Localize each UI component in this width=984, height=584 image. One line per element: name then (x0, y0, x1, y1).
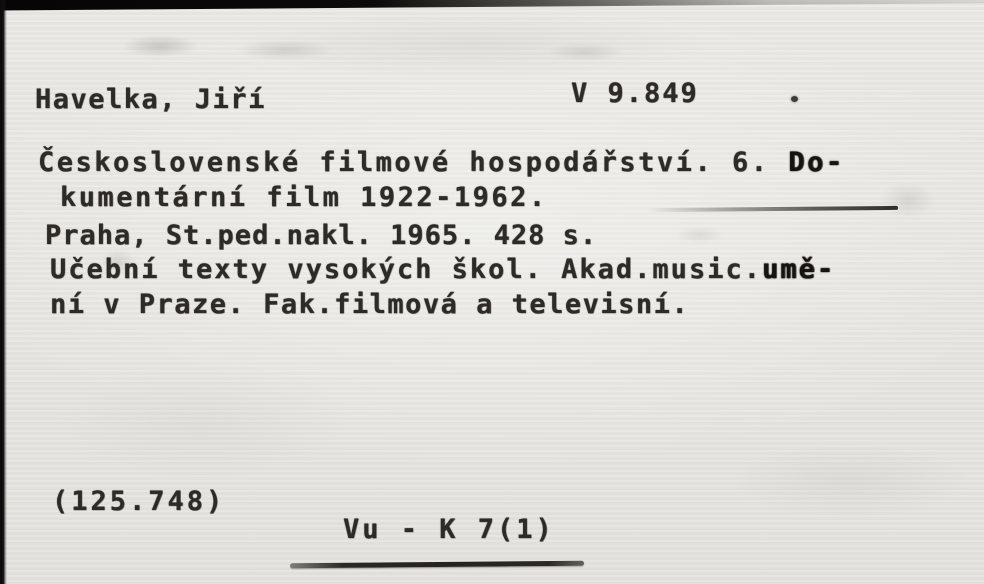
shelf-mark: Vu - K 7(1) (343, 514, 555, 545)
author-line: Havelka, Jiří (35, 84, 266, 115)
typed-text-block: Havelka, Jiří V 9.849 Československé fil… (0, 0, 984, 584)
series-line-1-bold-text: umě- (762, 254, 835, 285)
handwritten-rule (648, 206, 898, 212)
call-number: V 9.849 (571, 78, 699, 109)
title-line-1: Československé filmové hospodářství. 6. … (38, 147, 845, 178)
series-line-1-text: Učební texty vysokých škol. Akad.music. (50, 254, 762, 285)
shelf-mark-underline (290, 561, 584, 569)
imprint-line: Praha, St.ped.nakl. 1965. 428 s. (45, 220, 597, 251)
title-line-1-bold-text: Do- (788, 147, 844, 178)
inventory-number: (125.748) (52, 486, 225, 517)
series-line-2: ní v Praze. Fak.filmová a televisní. (50, 289, 689, 320)
series-line-1: Učební texty vysokých škol. Akad.music.u… (50, 254, 835, 285)
catalog-card: Havelka, Jiří V 9.849 Československé fil… (0, 0, 984, 584)
title-line-1-text: Československé filmové hospodářství. 6. (38, 147, 788, 178)
title-line-2: kumentární film 1922-1962. (60, 182, 548, 213)
ink-dot-artifact (791, 96, 798, 102)
